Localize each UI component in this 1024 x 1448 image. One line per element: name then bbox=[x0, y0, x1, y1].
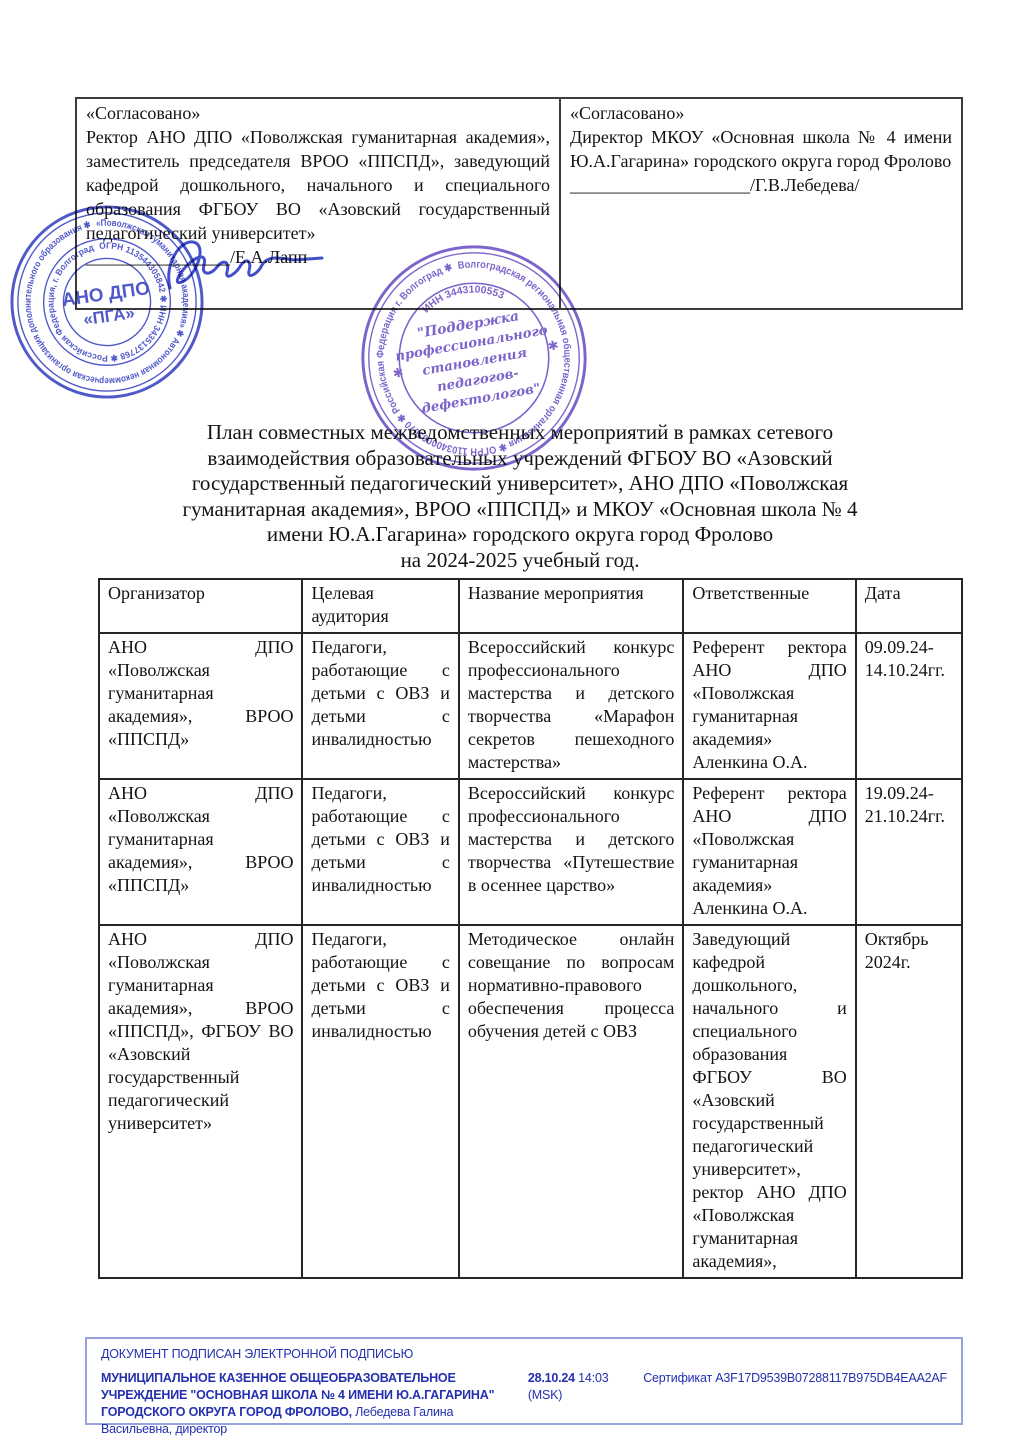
stamp-ano-dpo-pga: «Поволжская гуманитарная академия» ✱ Авт… bbox=[0, 190, 219, 414]
cell-organizer: АНО ДПО «Поволжская гуманитарная академи… bbox=[99, 925, 302, 1278]
cell-date: 19.09.24-21.10.24гг. bbox=[856, 779, 962, 925]
column-header-responsible: Ответственные bbox=[683, 579, 855, 633]
column-header-event-name: Название мероприятия bbox=[459, 579, 684, 633]
column-header-audience: Целевая аудитория bbox=[302, 579, 458, 633]
cell-responsible: Заведующий кафедрой дошкольного, начальн… bbox=[683, 925, 855, 1278]
esign-time: 14:03 bbox=[575, 1371, 609, 1385]
stamp-pga-center-line1: АНО ДПО bbox=[61, 277, 152, 310]
cell-organizer: АНО ДПО «Поволжская гуманитарная академи… bbox=[99, 633, 302, 779]
esign-timezone: (MSK) bbox=[528, 1388, 562, 1402]
esign-details-row: МУНИЦИПАЛЬНОЕ КАЗЕННОЕ ОБЩЕОБРАЗОВАТЕЛЬН… bbox=[101, 1370, 947, 1438]
approval-right-heading: «Согласовано» bbox=[570, 101, 952, 125]
cell-organizer: АНО ДПО «Поволжская гуманитарная академи… bbox=[99, 779, 302, 925]
table-row: АНО ДПО «Поволжская гуманитарная академи… bbox=[99, 633, 962, 779]
cell-event-name: Методическое онлайн совещание по вопроса… bbox=[459, 925, 684, 1278]
stamp-pga-center-line2: «ПГА» bbox=[82, 303, 136, 329]
approval-left-heading: «Согласовано» bbox=[86, 101, 550, 125]
esign-date: 28.10.24 bbox=[528, 1371, 575, 1385]
document-page: «Согласовано» Ректор АНО ДПО «Поволжская… bbox=[0, 0, 1024, 1448]
cell-audience: Педагоги, работающие с детьми с ОВЗ и де… bbox=[302, 779, 458, 925]
esign-certificate: Сертификат A3F17D9539B07288117B975DB4EAA… bbox=[643, 1370, 947, 1438]
approval-right-signature-line: ____________________/Г.В.Лебедева/ bbox=[570, 173, 952, 197]
table-row: АНО ДПО «Поволжская гуманитарная академи… bbox=[99, 925, 962, 1278]
esign-heading: ДОКУМЕНТ ПОДПИСАН ЭЛЕКТРОННОЙ ПОДПИСЬЮ bbox=[101, 1347, 947, 1361]
approval-right-body: Директор МКОУ «Основная школа № 4 имени … bbox=[570, 125, 952, 173]
approval-cell-right: «Согласовано» Директор МКОУ «Основная шк… bbox=[561, 99, 961, 308]
plan-table-header-row: Организатор Целевая аудитория Название м… bbox=[99, 579, 962, 633]
cell-responsible: Референт ректора АНО ДПО «Поволжская гум… bbox=[683, 779, 855, 925]
stamp-vroo-star-right: ✱ bbox=[547, 338, 560, 354]
cell-event-name: Всероссийский конкурс профессионального … bbox=[459, 779, 684, 925]
esign-datetime: 28.10.24 14:03 (MSK) bbox=[528, 1370, 633, 1438]
cell-audience: Педагоги, работающие с детьми с ОВЗ и де… bbox=[302, 925, 458, 1278]
column-header-organizer: Организатор bbox=[99, 579, 302, 633]
stamp-vroo-star-left: ✱ bbox=[392, 365, 405, 381]
cell-date: 09.09.24-14.10.24гг. bbox=[856, 633, 962, 779]
cell-responsible: Референт ректора АНО ДПО «Поволжская гум… bbox=[683, 633, 855, 779]
document-title: План совместных межведомственных меропри… bbox=[92, 420, 948, 573]
esign-box: ДОКУМЕНТ ПОДПИСАН ЭЛЕКТРОННОЙ ПОДПИСЬЮ М… bbox=[85, 1337, 963, 1425]
cell-date: Октябрь 2024г. bbox=[856, 925, 962, 1278]
cell-audience: Педагоги, работающие с детьми с ОВЗ и де… bbox=[302, 633, 458, 779]
column-header-date: Дата bbox=[856, 579, 962, 633]
cell-event-name: Всероссийский конкурс профессионального … bbox=[459, 633, 684, 779]
table-row: АНО ДПО «Поволжская гуманитарная академи… bbox=[99, 779, 962, 925]
esign-organization: МУНИЦИПАЛЬНОЕ КАЗЕННОЕ ОБЩЕОБРАЗОВАТЕЛЬН… bbox=[101, 1370, 514, 1438]
plan-table: Организатор Целевая аудитория Название м… bbox=[98, 578, 963, 1279]
